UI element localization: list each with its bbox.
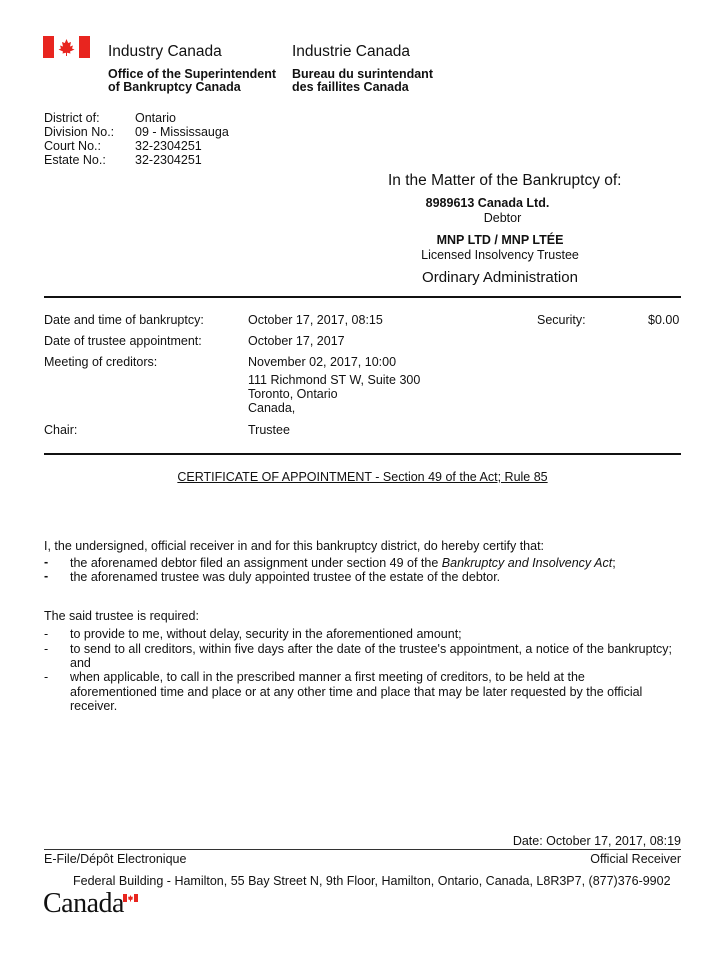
canada-flag-icon (43, 36, 90, 58)
certify-item-1: the aforenamed debtor filed an assignmen… (70, 556, 616, 570)
certify-intro: I, the undersigned, official receiver in… (44, 539, 544, 553)
required-item-1: to provide to me, without delay, securit… (70, 627, 462, 641)
required-item-3-line-1: when applicable, to call in the prescrib… (70, 670, 585, 684)
chair-label: Chair: (44, 423, 77, 437)
security-value: $0.00 (648, 313, 679, 327)
required-item-2-line-1: to send to all creditors, within five da… (70, 642, 672, 656)
certify-item-2: the aforenamed trustee was duly appointe… (70, 570, 500, 584)
debtor-label: Debtor (380, 211, 625, 225)
bullet: - (44, 555, 48, 569)
division-label: Division No.: (44, 125, 114, 139)
chair-value: Trustee (248, 423, 290, 437)
canada-wordmark: Canada (43, 888, 124, 920)
certificate-title: CERTIFICATE OF APPOINTMENT - Section 49 … (44, 470, 681, 484)
required-item-3-line-3: receiver. (70, 699, 117, 713)
debtor-name: 8989613 Canada Ltd. (380, 196, 595, 210)
bullet: - (44, 627, 48, 641)
security-label: Security: (537, 313, 586, 327)
matter-heading: In the Matter of the Bankruptcy of: (388, 172, 621, 190)
signature-date: Date: October 17, 2017, 08:19 (513, 834, 681, 848)
bullet: - (44, 642, 48, 656)
canada-wordmark-flag-icon (123, 894, 138, 902)
trustee-name: MNP LTD / MNP LTÉE (380, 233, 620, 247)
appointment-date-label: Date of trustee appointment: (44, 334, 202, 348)
certify-item-1-text: the aforenamed debtor filed an assignmen… (70, 556, 442, 570)
administration-type: Ordinary Administration (380, 269, 620, 286)
divider (44, 453, 681, 455)
act-name: Bankruptcy and Insolvency Act (442, 556, 612, 570)
court-value: 32-2304251 (135, 139, 202, 153)
required-intro: The said trustee is required: (44, 609, 199, 623)
district-label: District of: (44, 111, 100, 125)
dept-name-fr: Industrie Canada (292, 43, 410, 61)
division-value: 09 - Mississauga (135, 125, 229, 139)
estate-label: Estate No.: (44, 153, 106, 167)
district-value: Ontario (135, 111, 176, 125)
canada-wordmark-text: Canada (43, 888, 124, 919)
trustee-label: Licensed Insolvency Trustee (380, 248, 620, 262)
office-name-fr-1: Bureau du surintendant (292, 67, 433, 81)
office-name-en-1: Office of the Superintendent (108, 67, 276, 81)
meeting-address-line-2: Toronto, Ontario (248, 387, 338, 401)
official-receiver-label: Official Receiver (590, 852, 681, 866)
bullet: - (44, 670, 48, 684)
meeting-address-line-3: Canada, (248, 401, 295, 415)
bullet: - (44, 569, 48, 583)
meeting-address-line-1: 111 Richmond ST W, Suite 300 (248, 373, 420, 387)
office-name-en-2: of Bankruptcy Canada (108, 80, 241, 94)
dept-name-en: Industry Canada (108, 43, 222, 61)
divider (44, 296, 681, 298)
meeting-date: November 02, 2017, 10:00 (248, 355, 396, 369)
bankruptcy-date-value: October 17, 2017, 08:15 (248, 313, 383, 327)
efile-label: E-File/Dépôt Electronique (44, 852, 186, 866)
required-item-3-line-2: aforementioned time and place or at any … (70, 685, 642, 699)
office-address: Federal Building - Hamilton, 55 Bay Stre… (73, 874, 671, 888)
office-name-fr-2: des faillites Canada (292, 80, 409, 94)
estate-value: 32-2304251 (135, 153, 202, 167)
appointment-date-value: October 17, 2017 (248, 334, 345, 348)
court-label: Court No.: (44, 139, 101, 153)
bankruptcy-date-label: Date and time of bankruptcy: (44, 313, 204, 327)
meeting-label: Meeting of creditors: (44, 355, 157, 369)
signature-line (44, 849, 681, 850)
certify-item-1-end: ; (612, 556, 615, 570)
required-item-2-line-2: and (70, 656, 91, 670)
